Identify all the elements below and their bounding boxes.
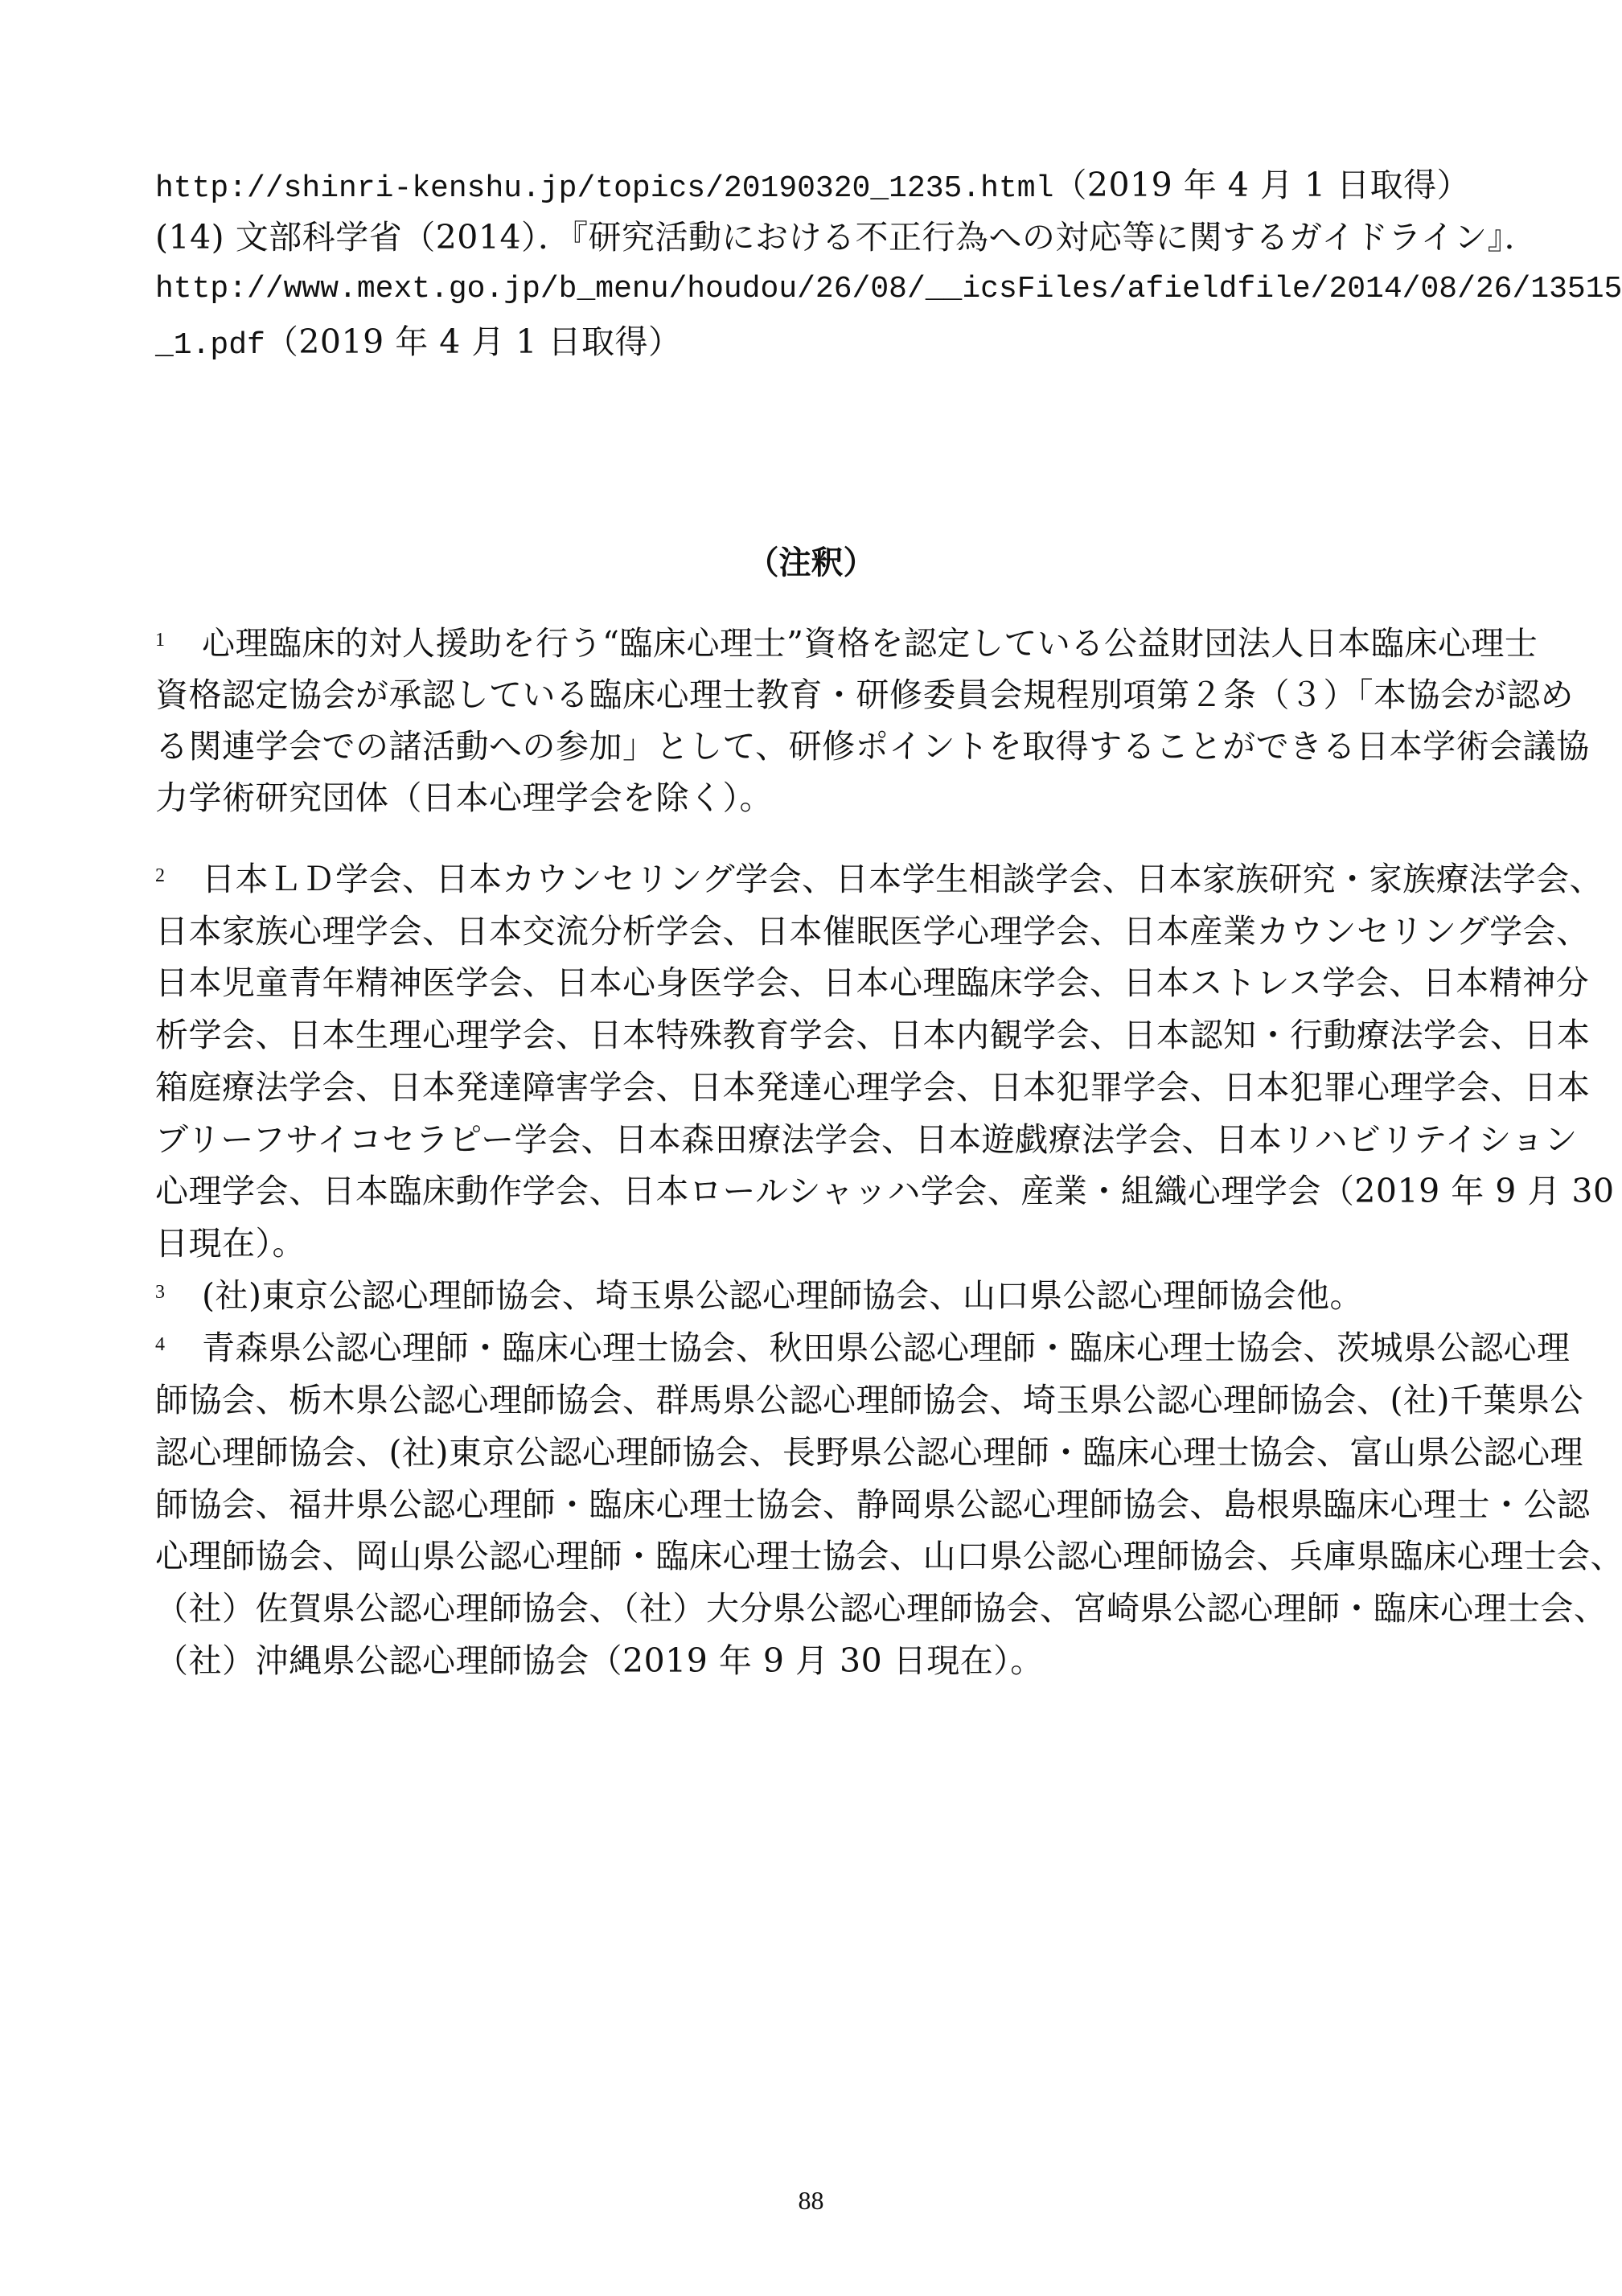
note-2-line-3: 日本児童青年精神医学会、日本心身医学会、日本心理臨床学会、日本ストレス学会、日本… — [155, 963, 1466, 1003]
note-4-number: 4 — [155, 1325, 202, 1365]
note-2-line-4: 析学会、日本生理心理学会、日本特殊教育学会、日本内観学会、日本認知・行動療法学会… — [155, 1015, 1466, 1055]
note-2-line-2: 日本家族心理学会、日本交流分析学会、日本催眠医学心理学会、日本産業カウンセリング… — [155, 911, 1466, 951]
note-2-line-7: 心理学会、日本臨床動作学会、日本ロールシャッハ学会、産業・組織心理学会（2019… — [155, 1171, 1466, 1211]
note-3-text-1: (社)東京公認心理師協会、埼玉県公認心理師協会、山口県公認心理師協会他。 — [202, 1276, 1363, 1315]
note-2-line-1: 2日本ＬＤ学会、日本カウンセリング学会、日本学生相談学会、日本家族研究・家族療法… — [155, 859, 1466, 899]
note-3-number: 3 — [155, 1272, 202, 1312]
reference-14-url-part-1[interactable]: http://www.mext.go.jp/b_menu/houdou/26/0… — [155, 272, 1622, 306]
note-4-text-1: 青森県公認心理師・臨床心理士協会、秋田県公認心理師・臨床心理士協会、茨城県公認心… — [202, 1329, 1571, 1367]
note-1-text-4: 力学術研究団体（日本心理学会を除く）。 — [155, 778, 773, 817]
notes-heading: （注釈） — [0, 540, 1622, 585]
note-4-line-3: 認心理師協会、(社)東京公認心理師協会、長野県公認心理師・臨床心理士協会、富山県… — [155, 1432, 1466, 1472]
reference-14-url-line-1[interactable]: http://www.mext.go.jp/b_menu/houdou/26/0… — [155, 269, 1466, 310]
note-1-line-3: る関連学会での諸活動への参加」として、研修ポイントを取得することができる日本学術… — [155, 726, 1466, 766]
note-3-line-1: 3(社)東京公認心理師協会、埼玉県公認心理師協会、山口県公認心理師協会他。 — [155, 1275, 1466, 1316]
note-2-line-5: 箱庭療法学会、日本発達障害学会、日本発達心理学会、日本犯罪学会、日本犯罪心理学会… — [155, 1067, 1466, 1107]
note-1-line-1: 1心理臨床的対人援助を行う“臨床心理士”資格を認定している公益財団法人日本臨床心… — [155, 623, 1466, 663]
reference-13-url-line: http://shinri-kenshu.jp/topics/20190320_… — [155, 165, 1466, 209]
reference-14-url-line-2: _1.pdf（2019 年 4 月 1 日取得） — [155, 322, 1466, 366]
note-2-text-8: 日現在）。 — [155, 1224, 306, 1263]
note-4-text-5: 心理師協会、岡山県公認心理師・臨床心理士協会、山口県公認心理師協会、兵庫県臨床心… — [155, 1537, 1622, 1575]
note-4-text-2: 師協会、栃木県公認心理師協会、群馬県公認心理師協会、埼玉県公認心理師協会、(社)… — [155, 1381, 1583, 1419]
reference-13-url[interactable]: http://shinri-kenshu.jp/topics/20190320_… — [155, 171, 1053, 206]
note-2-line-8: 日現在）。 — [155, 1223, 1466, 1263]
note-1-number: 1 — [155, 620, 202, 660]
reference-14-label: (14) — [155, 218, 224, 257]
note-4-line-7: （社）沖縄県公認心理師協会（2019 年 9 月 30 日現在）。 — [155, 1641, 1466, 1681]
note-2-text-7: 心理学会、日本臨床動作学会、日本ロールシャッハ学会、産業・組織心理学会（2019… — [155, 1172, 1615, 1210]
reference-14-accessed: （2019 年 4 月 1 日取得） — [265, 322, 682, 361]
note-4-text-4: 師協会、福井県公認心理師・臨床心理士協会、静岡県公認心理師協会、島根県臨床心理士… — [155, 1485, 1591, 1524]
note-1-text-3: る関連学会での諸活動への参加」として、研修ポイントを取得することができる日本学術… — [155, 727, 1590, 766]
note-2-text-4: 析学会、日本生理心理学会、日本特殊教育学会、日本内観学会、日本認知・行動療法学会… — [155, 1016, 1591, 1054]
note-1-line-2: 資格認定協会が承認している臨床心理士教育・研修委員会規程別項第２条（３）「本協会… — [155, 675, 1466, 715]
note-4-text-6: （社）佐賀県公認心理師協会、（社）大分県公認心理師協会、宮崎県公認心理師・臨床心… — [155, 1589, 1608, 1628]
note-2-text-2: 日本家族心理学会、日本交流分析学会、日本催眠医学心理学会、日本産業カウンセリング… — [155, 912, 1590, 951]
reference-14-line: (14) 文部科学省（2014）．『研究活動における不正行為への対応等に関するガ… — [155, 217, 1466, 257]
note-4-text-3: 認心理師協会、(社)東京公認心理師協会、長野県公認心理師・臨床心理士協会、富山県… — [155, 1433, 1583, 1472]
page-number: 88 — [0, 2186, 1622, 2216]
note-2-line-6: ブリーフサイコセラピー学会、日本森田療法学会、日本遊戯療法学会、日本リハビリテイ… — [155, 1119, 1466, 1160]
note-2-text-5: 箱庭療法学会、日本発達障害学会、日本発達心理学会、日本犯罪学会、日本犯罪心理学会… — [155, 1068, 1591, 1107]
note-2-text-6: ブリーフサイコセラピー学会、日本森田療法学会、日本遊戯療法学会、日本リハビリテイ… — [155, 1120, 1578, 1159]
note-4-line-6: （社）佐賀県公認心理師協会、（社）大分県公認心理師協会、宮崎県公認心理師・臨床心… — [155, 1588, 1466, 1629]
note-4-text-7: （社）沖縄県公認心理師協会（2019 年 9 月 30 日現在）。 — [155, 1641, 1044, 1680]
note-4-line-4: 師協会、福井県公認心理師・臨床心理士協会、静岡県公認心理師協会、島根県臨床心理士… — [155, 1485, 1466, 1525]
note-4-line-5: 心理師協会、岡山県公認心理師・臨床心理士協会、山口県公認心理師協会、兵庫県臨床心… — [155, 1536, 1466, 1576]
note-2-text-3: 日本児童青年精神医学会、日本心身医学会、日本心理臨床学会、日本ストレス学会、日本… — [155, 963, 1589, 1002]
reference-14-text: 文部科学省（2014）．『研究活動における不正行為への対応等に関するガイドライン… — [236, 218, 1538, 257]
note-4-line-1: 4青森県公認心理師・臨床心理士協会、秋田県公認心理師・臨床心理士協会、茨城県公認… — [155, 1328, 1466, 1368]
note-4-line-2: 師協会、栃木県公認心理師協会、群馬県公認心理師協会、埼玉県公認心理師協会、(社)… — [155, 1380, 1466, 1420]
note-2-number: 2 — [155, 856, 202, 896]
note-1-text-1: 心理臨床的対人援助を行う“臨床心理士”資格を認定している公益財団法人日本臨床心理… — [202, 624, 1538, 663]
note-1-text-2: 資格認定協会が承認している臨床心理士教育・研修委員会規程別項第２条（３）「本協会… — [155, 676, 1574, 714]
reference-14-url-part-2[interactable]: _1.pdf — [155, 328, 265, 363]
note-1-line-4: 力学術研究団体（日本心理学会を除く）。 — [155, 778, 1466, 818]
reference-13-accessed: （2019 年 4 月 1 日取得） — [1053, 166, 1470, 204]
note-2-text-1: 日本ＬＤ学会、日本カウンセリング学会、日本学生相談学会、日本家族研究・家族療法学… — [202, 860, 1603, 898]
